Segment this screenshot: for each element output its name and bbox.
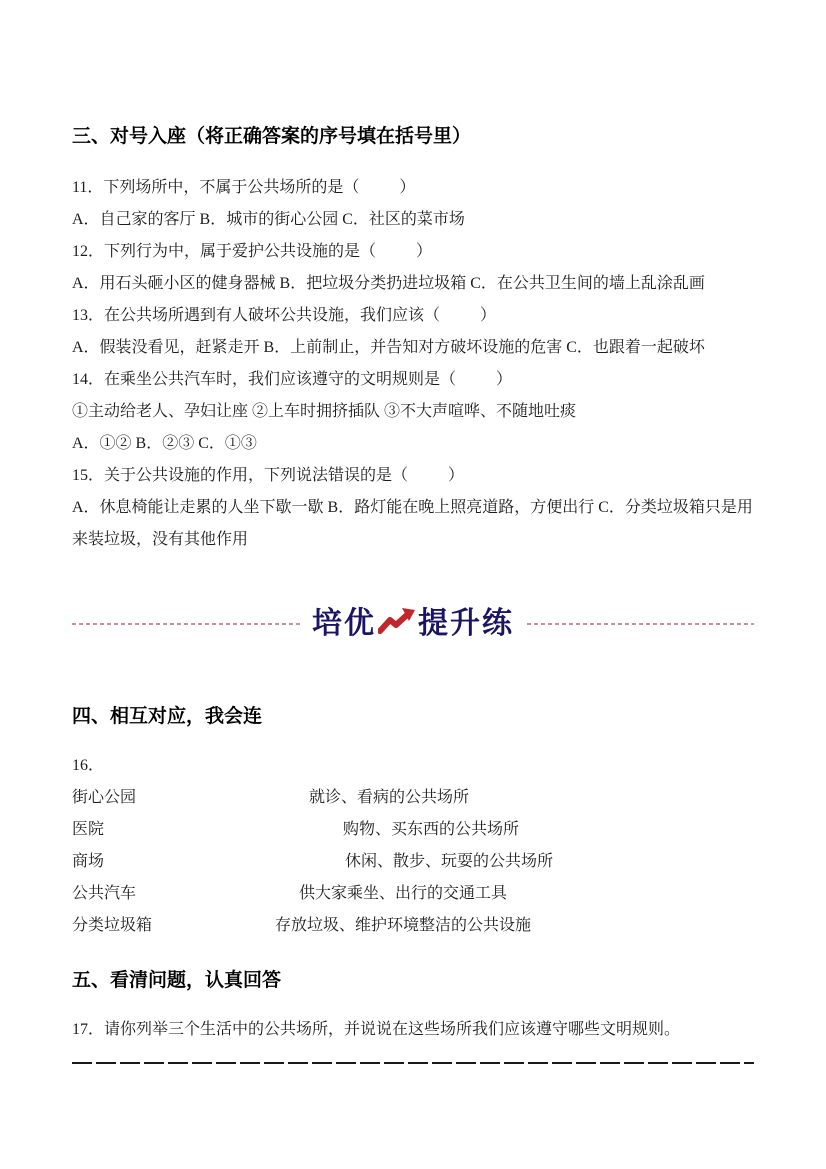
match-row: 医院 购物、买东西的公共场所: [72, 814, 754, 846]
logo-text-left: 培优: [312, 607, 376, 640]
question-13-options: A．假装没看见，赶紧走开 B．上前制止，并告知对方破坏设施的危害 C．也跟着一起…: [72, 332, 754, 364]
match-row: 街心公园 就诊、看病的公共场所: [72, 782, 754, 814]
section-4-heading: 四、相互对应，我会连: [72, 704, 754, 730]
matching-exercise: 街心公园 就诊、看病的公共场所 医院 购物、买东西的公共场所 商场 休闲、散步、…: [72, 782, 754, 942]
question-14-options: A．①② B．②③ C．①③: [72, 428, 754, 460]
worksheet-page: 三、对号入座（将正确答案的序号填在括号里） 11．下列场所中，不属于公共场所的是…: [0, 0, 826, 1169]
match-row: 分类垃圾箱 存放垃圾、维护环境整洁的公共设施: [72, 910, 754, 942]
match-right-item: 购物、买东西的公共场所: [343, 814, 519, 846]
match-right-item: 供大家乘坐、出行的交通工具: [299, 878, 507, 910]
match-right-item: 存放垃圾、维护环境整洁的公共设施: [275, 910, 531, 942]
question-13: 13．在公共场所遇到有人破坏公共设施，我们应该（ ）: [72, 300, 754, 332]
match-left-item: 分类垃圾箱: [72, 910, 152, 942]
question-14: 14．在乘坐公共汽车时，我们应该遵守的文明规则是（ ）: [72, 364, 754, 396]
answer-blank-line: [72, 1062, 754, 1064]
question-12-options: A．用石头砸小区的健身器械 B．把垃圾分类扔进垃圾箱 C．在公共卫生间的墙上乱涂…: [72, 268, 754, 300]
section-3-body: 11．下列场所中，不属于公共场所的是（ ） A．自己家的客厅 B．城市的街心公园…: [72, 172, 754, 556]
match-right-item: 休闲、散步、玩耍的公共场所: [345, 846, 553, 878]
question-11-options: A．自己家的客厅 B．城市的街心公园 C．社区的菜市场: [72, 204, 754, 236]
match-row: 公共汽车 供大家乘坐、出行的交通工具: [72, 878, 754, 910]
match-left-item: 街心公园: [72, 782, 136, 814]
match-left-item: 商场: [72, 846, 104, 878]
question-17: 17．请你列举三个生活中的公共场所，并说说在这些场所我们应该遵守哪些文明规则。: [72, 1014, 754, 1046]
match-right-item: 就诊、看病的公共场所: [309, 782, 469, 814]
question-15: 15．关于公共设施的作用，下列说法错误的是（ ）: [72, 460, 754, 492]
question-12: 12．下列行为中，属于爱护公共设施的是（ ）: [72, 236, 754, 268]
section-divider: 培优提升练: [72, 602, 754, 646]
logo-text-right: 提升练: [418, 607, 514, 640]
section-5-heading: 五、看清问题，认真回答: [72, 968, 754, 994]
question-14-items: ①主动给老人、孕妇让座 ②上车时拥挤插队 ③不大声喧哗、不随地吐痰: [72, 396, 754, 428]
peiyou-tishenglian-logo: 培优提升练: [300, 602, 526, 648]
match-left-item: 公共汽车: [72, 878, 136, 910]
question-15-options: A．休息椅能让走累的人坐下歇一歇 B．路灯能在晚上照亮道路，方便出行 C．分类垃…: [72, 492, 754, 556]
trending-up-arrow-icon: [378, 604, 416, 648]
section-3-heading: 三、对号入座（将正确答案的序号填在括号里）: [72, 124, 754, 150]
match-left-item: 医院: [72, 814, 104, 846]
question-11: 11．下列场所中，不属于公共场所的是（ ）: [72, 172, 754, 204]
question-16-number: 16．: [72, 750, 754, 782]
match-row: 商场 休闲、散步、玩耍的公共场所: [72, 846, 754, 878]
